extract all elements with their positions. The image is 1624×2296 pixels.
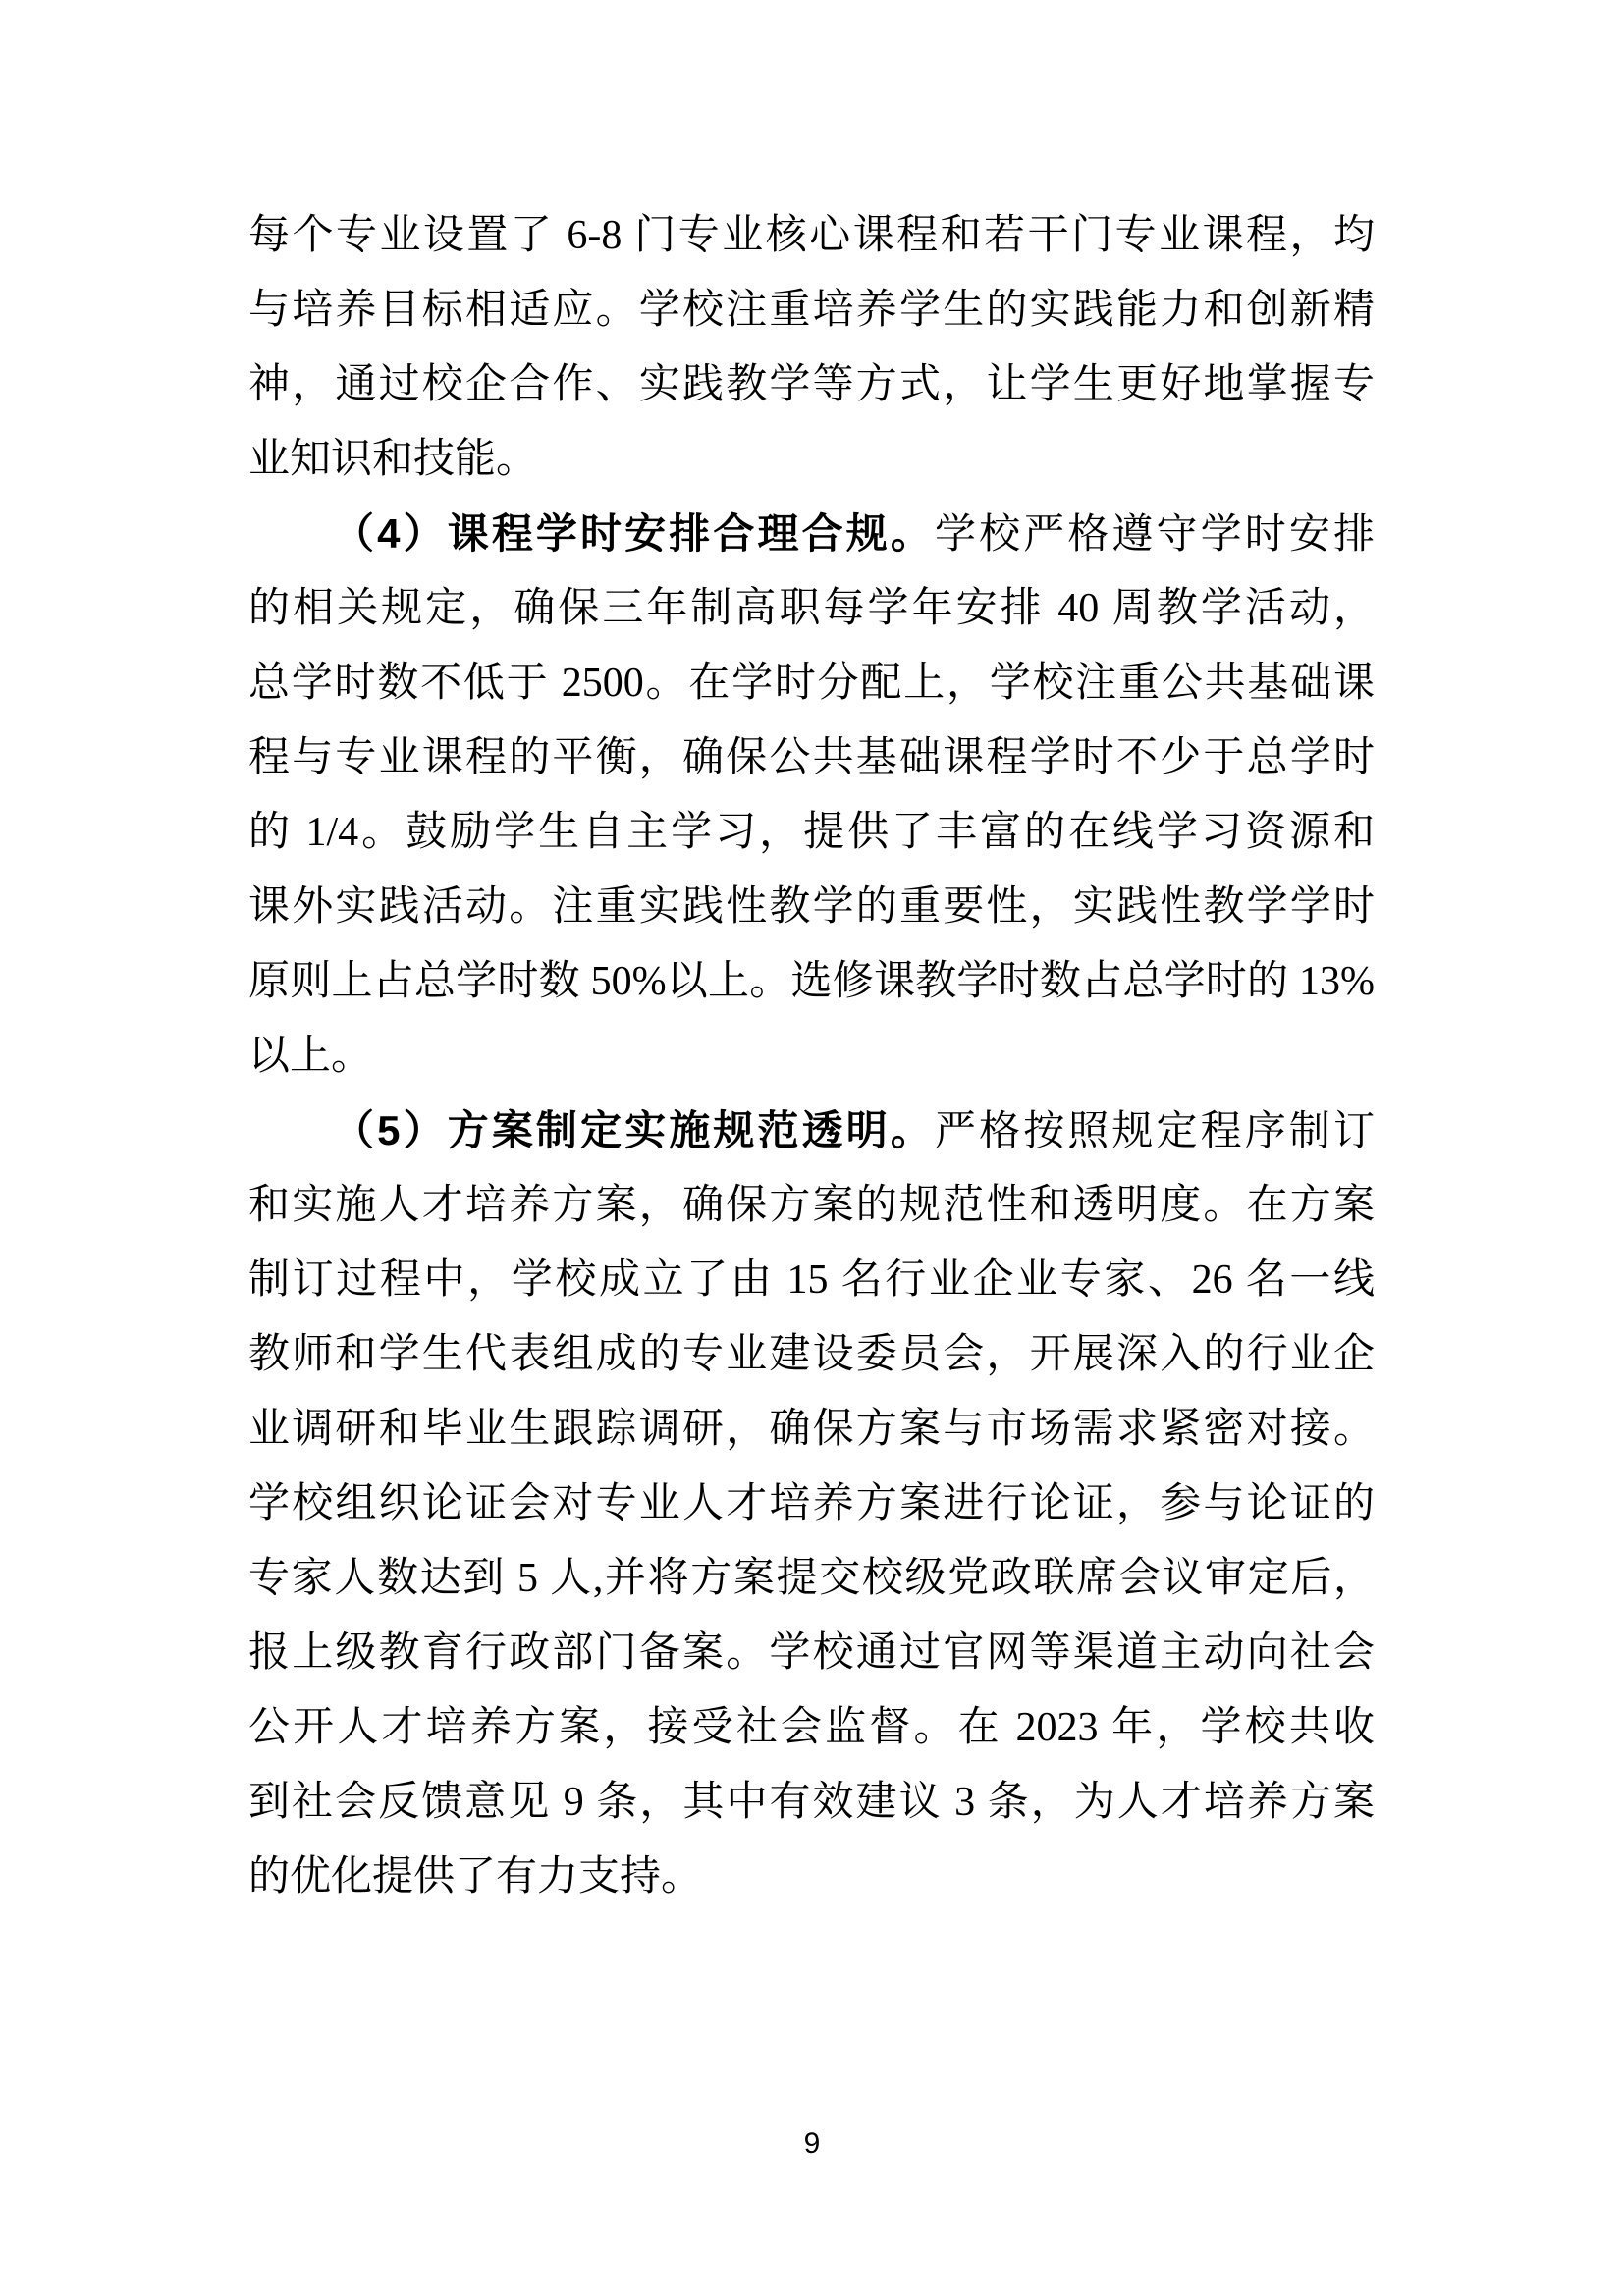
text-line: （4）课程学时安排合理合规。学校严格遵守学时安排 [248, 497, 1375, 571]
section-4-heading: （4）课程学时安排合理合规。 [333, 510, 935, 557]
text-line: 到社会反馈意见 9 条，其中有效建议 3 条，为人才培养方案 [248, 1765, 1375, 1840]
text-line: 制订过程中，学校成立了由 15 名行业企业专家、26 名一线 [248, 1243, 1375, 1317]
paragraph-section-4: （4）课程学时安排合理合规。学校严格遵守学时安排 的相关规定，确保三年制高职每学… [248, 497, 1375, 1094]
text-line: 与培养目标相适应。学校注重培养学生的实践能力和创新精 [248, 273, 1375, 347]
text-line: 每个专业设置了 6-8 门专业核心课程和若干门专业课程，均 [248, 198, 1375, 273]
text-line: 业调研和毕业生跟踪调研，确保方案与市场需求紧密对接。 [248, 1392, 1375, 1467]
paragraph-continuation: 每个专业设置了 6-8 门专业核心课程和若干门专业课程，均 与培养目标相适应。学… [248, 198, 1375, 497]
text-line: 学校组织论证会对专业人才培养方案进行论证，参与论证的 [248, 1467, 1375, 1541]
text-line: 的 1/4。鼓励学生自主学习，提供了丰富的在线学习资源和 [248, 795, 1375, 870]
text-line: 的相关规定，确保三年制高职每学年安排 40 周教学活动， [248, 571, 1375, 646]
text-line: 专家人数达到 5 人,并将方案提交校级党政联席会议审定后， [248, 1541, 1375, 1616]
document-text-column: 每个专业设置了 6-8 门专业核心课程和若干门专业课程，均 与培养目标相适应。学… [248, 198, 1375, 1914]
paragraph-section-5: （5）方案制定实施规范透明。严格按照规定程序制订 和实施人才培养方案，确保方案的… [248, 1094, 1375, 1914]
section-5-lead-text: 严格按照规定程序制订 [935, 1109, 1375, 1154]
text-line: 业知识和技能。 [248, 422, 1375, 497]
text-line: 以上。 [248, 1019, 1375, 1094]
text-line: 课外实践活动。注重实践性教学的重要性，实践性教学学时 [248, 870, 1375, 944]
text-line: （5）方案制定实施规范透明。严格按照规定程序制订 [248, 1094, 1375, 1168]
text-line: 教师和学生代表组成的专业建设委员会，开展深入的行业企 [248, 1317, 1375, 1392]
page-number: 9 [0, 2126, 1624, 2162]
text-line: 的优化提供了有力支持。 [248, 1840, 1375, 1914]
section-5-heading: （5）方案制定实施规范透明。 [333, 1107, 935, 1153]
section-4-lead-text: 学校严格遵守学时安排 [935, 512, 1375, 558]
text-line: 总学时数不低于 2500。在学时分配上，学校注重公共基础课 [248, 646, 1375, 721]
text-line: 公开人才培养方案，接受社会监督。在 2023 年，学校共收 [248, 1690, 1375, 1765]
text-line: 报上级教育行政部门备案。学校通过官网等渠道主动向社会 [248, 1616, 1375, 1690]
text-line: 神，通过校企合作、实践教学等方式，让学生更好地掌握专 [248, 347, 1375, 422]
text-line: 原则上占总学时数 50%以上。选修课教学时数占总学时的 13% [248, 944, 1375, 1019]
document-page: 每个专业设置了 6-8 门专业核心课程和若干门专业课程，均 与培养目标相适应。学… [0, 0, 1624, 2296]
text-line: 程与专业课程的平衡，确保公共基础课程学时不少于总学时 [248, 721, 1375, 795]
text-line: 和实施人才培养方案，确保方案的规范性和透明度。在方案 [248, 1168, 1375, 1243]
